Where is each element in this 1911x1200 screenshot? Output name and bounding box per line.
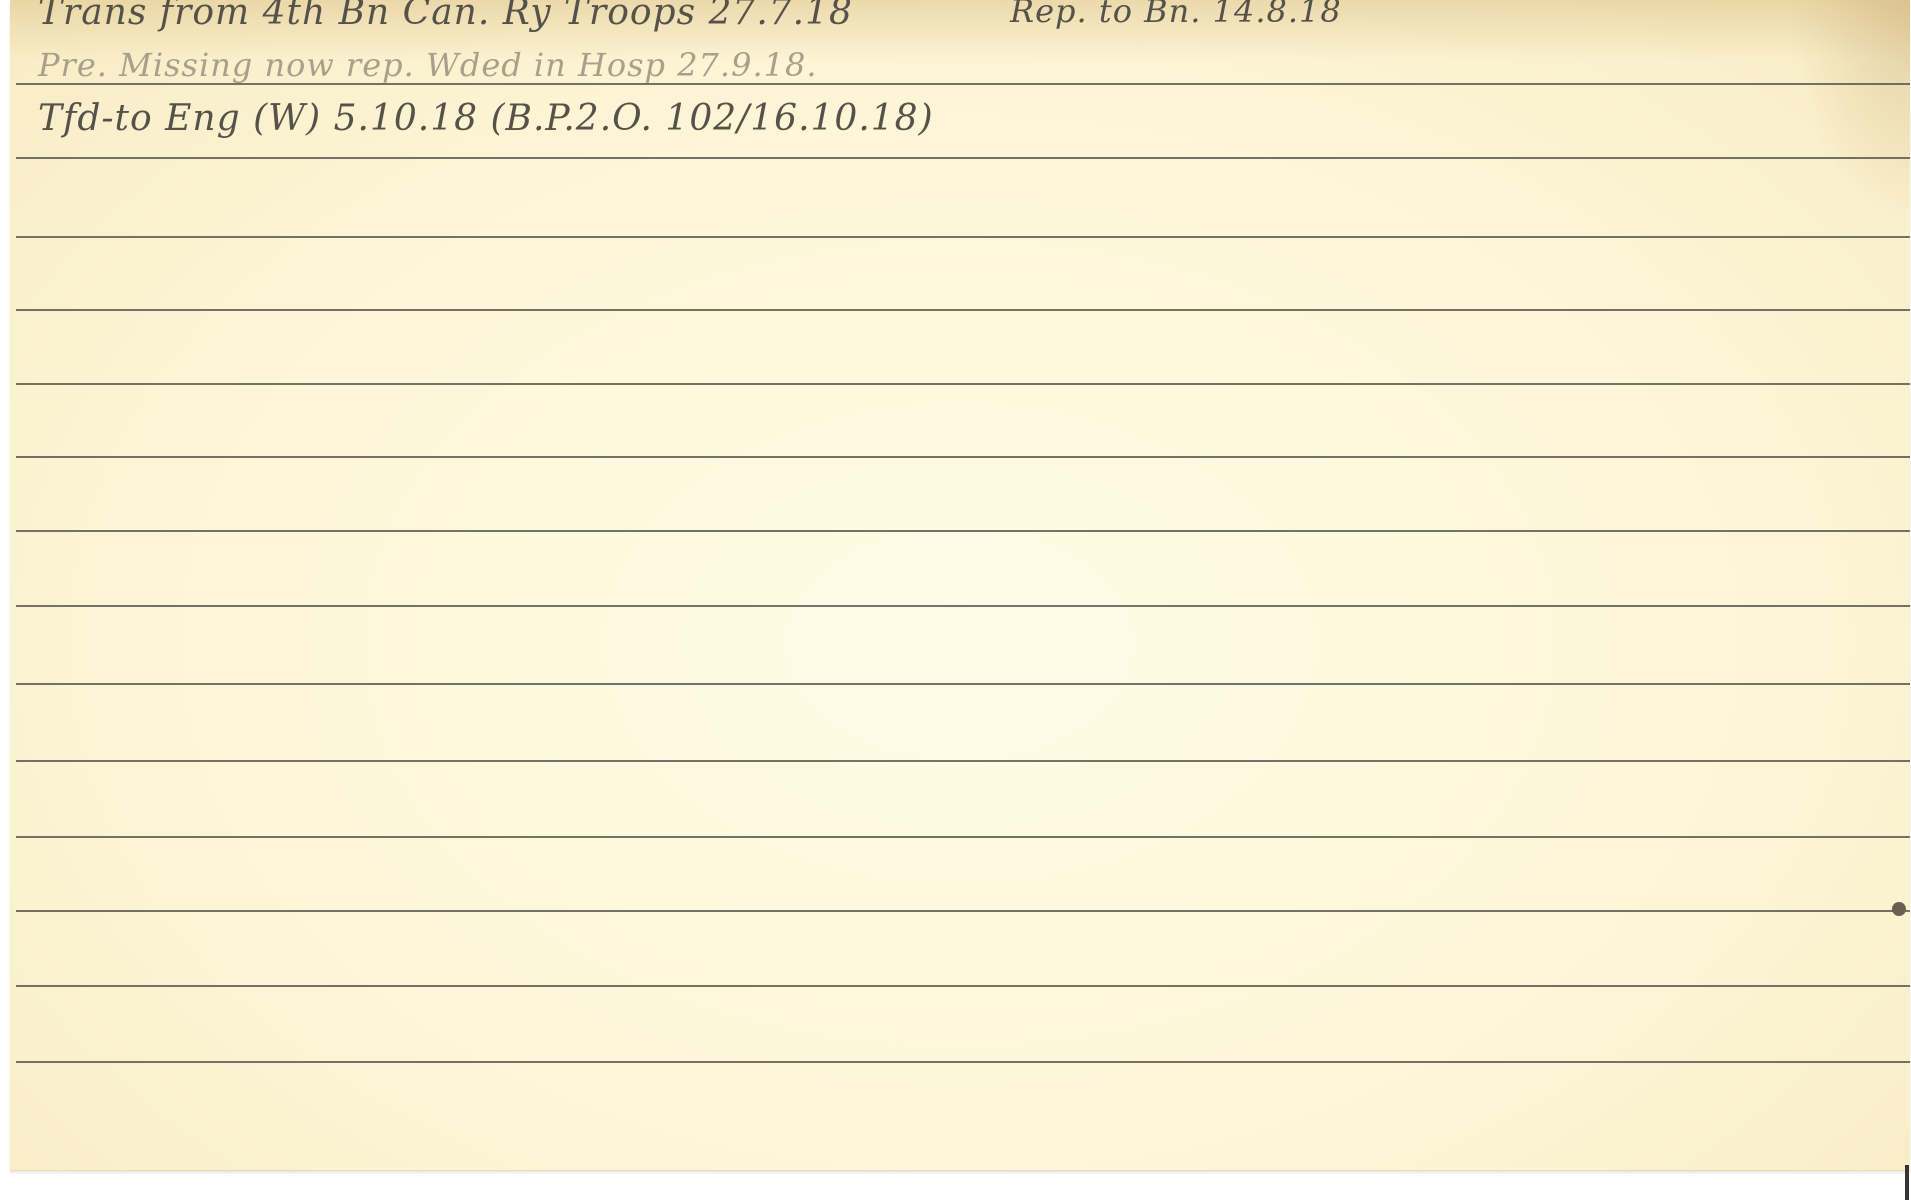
ink-blot: [1892, 902, 1906, 916]
ruled-line: [16, 836, 1910, 838]
ruled-line: [16, 605, 1910, 607]
ruled-line: [16, 157, 1910, 159]
entry-transferred-to-england: Tfd-to Eng (W) 5.10.18 (B.P.2.O. 102/16.…: [38, 98, 934, 139]
ruled-line: [16, 985, 1910, 987]
ruled-line: [16, 236, 1910, 238]
scan-edge-mark: [1905, 1165, 1909, 1200]
entry-reported-to-battalion: Rep. to Bn. 14.8.18: [1010, 0, 1342, 30]
ruled-line: [16, 456, 1910, 458]
ruled-line: [16, 910, 1910, 912]
aging-stain-corner: [1790, 0, 1910, 220]
index-card: Trans from 4th Bn Can. Ry Troops 27.7.18…: [10, 0, 1910, 1171]
ruled-line: [16, 683, 1910, 685]
ruled-line: [16, 760, 1910, 762]
scan-background: Trans from 4th Bn Can. Ry Troops 27.7.18…: [0, 0, 1911, 1200]
ruled-line: [16, 383, 1910, 385]
entry-transfer-from: Trans from 4th Bn Can. Ry Troops 27.7.18: [38, 0, 853, 33]
ruled-line: [16, 530, 1910, 532]
ruled-line: [16, 1061, 1910, 1063]
ruled-line: [16, 309, 1910, 311]
ruled-line: [16, 83, 1910, 85]
entry-previously-missing: Pre. Missing now rep. Wded in Hosp 27.9.…: [38, 46, 818, 84]
